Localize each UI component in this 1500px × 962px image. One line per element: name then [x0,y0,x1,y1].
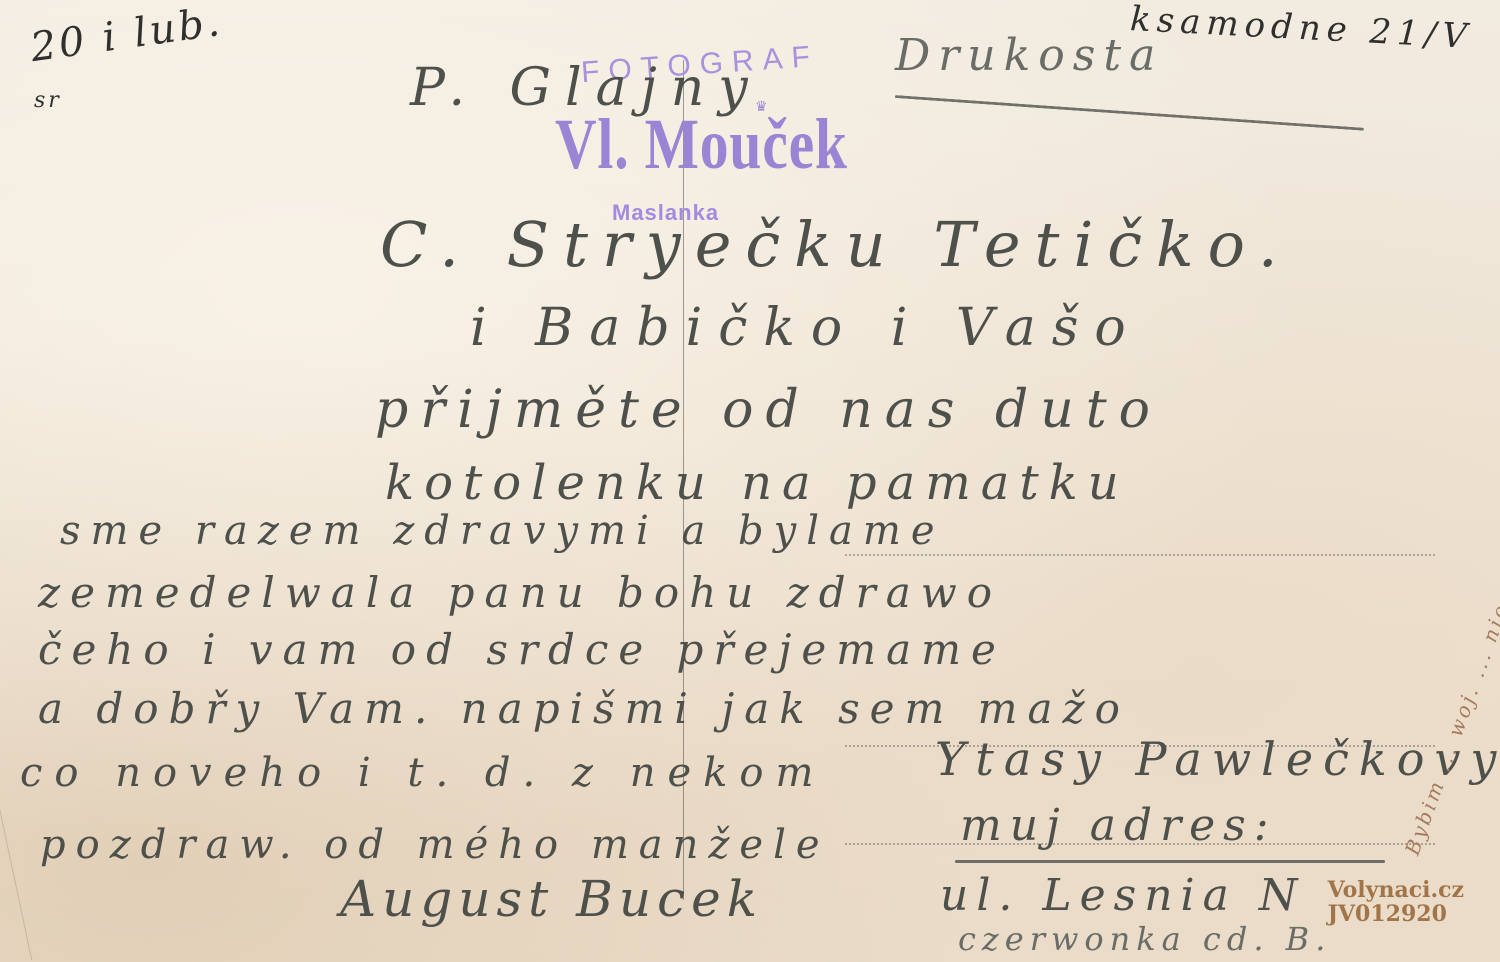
header-underline-stroke [895,95,1364,131]
signature: August Bucek [340,870,763,928]
watermark-id: JV012920 [1328,902,1464,926]
address-line-1 [845,554,1435,556]
message-line-2: přijměte od nas duto [375,380,1162,440]
address-street: ul. Lesnia N [940,870,1305,921]
header-recipient-right: Drukosta [895,30,1163,81]
stamp-photographer-name: Vl. Mouček [555,108,795,180]
header-recipient-left: P. Glajny [410,58,762,118]
message-line-6: čeho i vam od srdce přejemame [38,625,1006,674]
message-line-1: i Babičko i Vašo [470,298,1142,358]
address-city: czerwonka cd. B. [958,920,1331,958]
watermark: Volynaci.cz JV012920 [1328,878,1464,926]
margin-note: Bybim ... woj. ... nie [1400,599,1500,858]
corner-note-sub: sr [34,88,62,113]
corner-date-note: 20 i lub. [28,0,226,71]
header-date: ksamodne 21/V [1129,0,1474,57]
message-line-7: a dobřy Vam. napišmi jak sem mažo [38,684,1130,733]
watermark-site: Volynaci.cz [1328,878,1464,902]
greeting-line: C. Stryečku Tetičko. [380,208,1292,281]
address-underline-stroke [955,860,1385,863]
message-line-4: sme razem zdravymi a bylame [60,508,945,554]
address-label: muj adres: [960,800,1277,851]
message-line-9: pozdraw. od mého manžele [40,822,830,868]
message-line-8: co noveho i t. d. z nekom [20,750,825,796]
message-line-5: zemedelwala panu bohu zdrawo [38,568,1002,617]
postcard-back: FOTOGRAF ♛ Vl. Mouček Maslanka 20 i lub.… [0,0,1500,962]
address-name: Ytasy Pawlečkovy [935,732,1500,786]
message-line-3: kotolenku na pamatku [385,455,1129,511]
